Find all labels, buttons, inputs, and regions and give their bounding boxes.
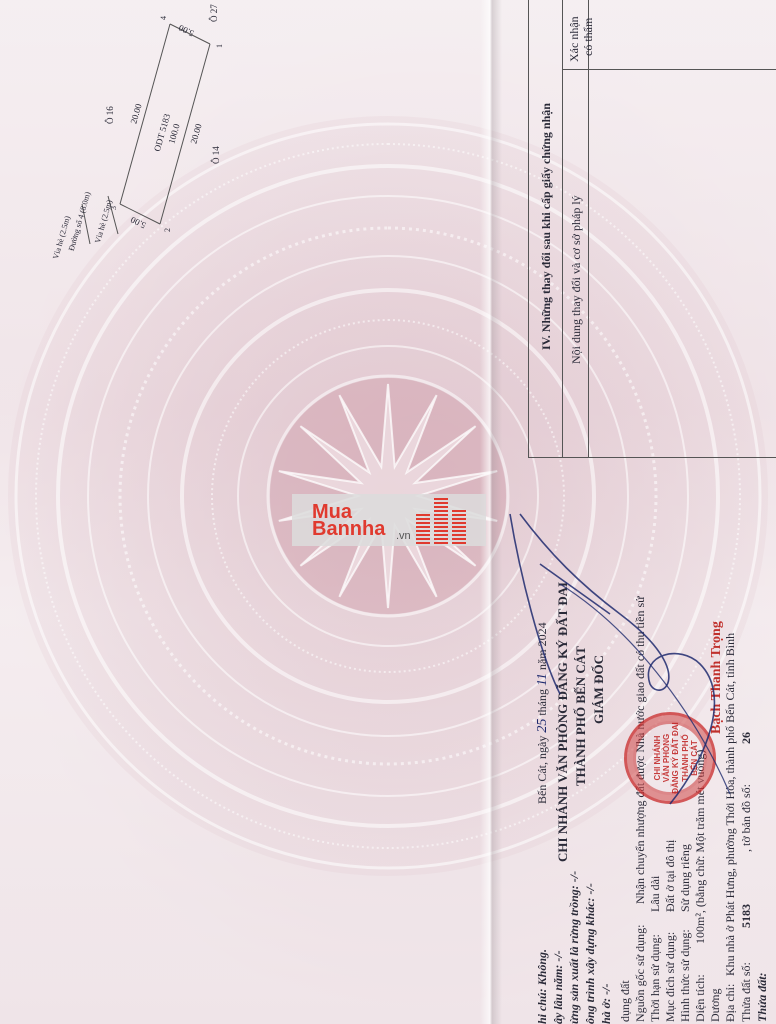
neighbor-top: Ô 16 [106, 106, 115, 124]
plot-point-1: 1 [216, 44, 224, 48]
section-iv-changes-table: IV. Những thay đổi sau khi cấp giấy chứn… [522, 0, 776, 1024]
confirmation-column-header-1: Xác nhận [568, 16, 580, 62]
plot-point-4: 4 [160, 16, 168, 20]
neighbor-bottom: Ô 14 [212, 146, 221, 164]
plot-point-2: 2 [164, 228, 172, 232]
changes-column-header: Nội dung thay đổi và cơ sở pháp lý [570, 195, 582, 364]
land-use-certificate-page: Thửa đất: Thửa đất số: 5183 , tờ bản đồ … [0, 0, 776, 1024]
plot-map: ODT 5183 100.0 20.00 20.00 5.00 5.00 Ô 1… [60, 0, 270, 244]
muabannha-watermark-logo: Mua Bannha .vn [292, 494, 486, 546]
brand-line-2: Bannha [312, 519, 385, 539]
brand-suffix: .vn [396, 530, 411, 542]
confirmation-column-header-2: có thẩm [582, 18, 594, 56]
neighbor-right: Ô 27 [210, 4, 219, 22]
plot-point-3: 3 [110, 206, 118, 210]
section-iv-heading: IV. Những thay đổi sau khi cấp giấy chứn… [540, 103, 552, 350]
building-bars-icon [416, 496, 468, 544]
